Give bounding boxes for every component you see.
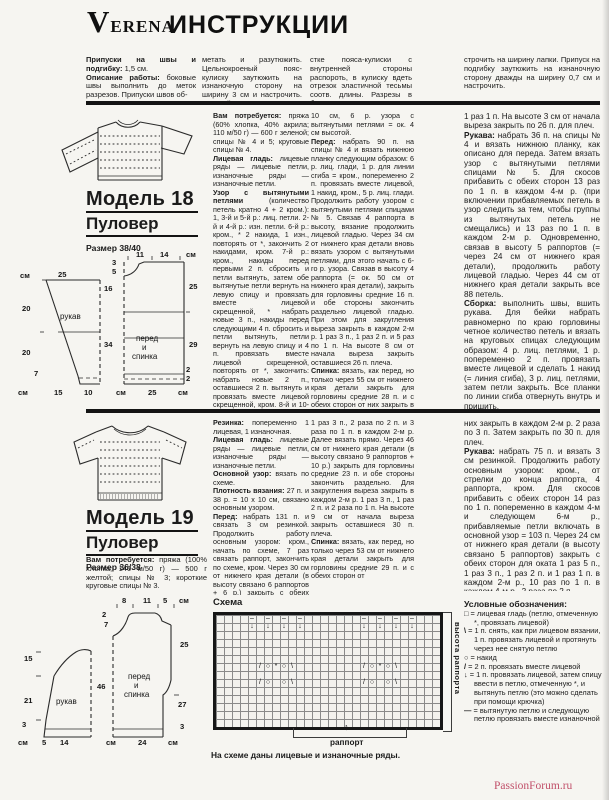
measurement-label: 25	[58, 270, 66, 279]
paragraph: Вам потребуется: пряжа (100% хлопка; 140…	[86, 556, 207, 591]
schema-caption: На схеме даны лицевые и изнаночные ряды.	[211, 750, 471, 760]
model18-schematic: см2520207см1510рукав1114см351634252922см…	[0, 250, 208, 402]
measurement-label: 25	[148, 388, 156, 397]
paragraph: 10 см, 6 р. узора с вытянутыми петлями =…	[311, 112, 414, 138]
model19-materials: Вам потребуется: пряжа (100% хлопка; 140…	[86, 556, 207, 598]
legend-symbol: ○	[464, 653, 468, 662]
measurement-label: см	[179, 596, 189, 605]
measurement-label: 46	[97, 682, 105, 691]
measurement-label: 2	[102, 610, 106, 619]
model18-text-col-3: 1 раз 1 п. На высоте 3 см от начала выре…	[464, 112, 600, 410]
model18-sketch	[50, 106, 208, 188]
measurement-label: спинка	[124, 690, 149, 699]
measurement-label: 34	[104, 340, 112, 349]
paragraph: Лицевая гладь: лицевые ряды — лицевые пе…	[213, 155, 309, 189]
chart-repeat-label: раппорт	[330, 738, 363, 747]
paragraph: Рукава: набрать 75 п. и вязать 3 см рези…	[464, 447, 600, 591]
measurement-label: рукав	[56, 697, 77, 706]
legend-item: — = вытянутую петлю и следующую петлю пр…	[464, 707, 602, 725]
measurement-label: 20	[22, 348, 30, 357]
chart-symbol: –	[392, 615, 400, 623]
legend-symbol: ↓	[464, 670, 468, 679]
measurement-label: 15	[24, 654, 32, 663]
measurement-label: 8	[122, 596, 126, 605]
measurement-label: 5	[42, 738, 46, 747]
chart-symbol: /	[256, 679, 264, 687]
measurement-label: 2	[186, 374, 190, 383]
model19-subtitle: Пуловер	[86, 534, 198, 552]
measurement-label: 3	[112, 258, 116, 267]
chart-symbol: /	[360, 679, 368, 687]
page-title: ИНСТРУКЦИИ	[169, 11, 349, 40]
paragraph: Описание работы: боковые швы выполнить д…	[86, 74, 196, 100]
chart-symbol: –	[296, 615, 304, 623]
paragraph: 1 раз 1 п. На высоте 3 см от начала выре…	[464, 112, 600, 131]
paragraph: стке пояса-кулиски с внутренней стороны …	[310, 56, 412, 102]
measurement-label: 3	[22, 720, 26, 729]
measurement-label: 25	[189, 282, 197, 291]
model19-text-col-2: 1 раз 3 п., 2 раза по 2 п. и 3 раза по 1…	[311, 419, 414, 599]
paragraph: Перед: набрать 131 п. и связать 3 см рез…	[213, 513, 309, 596]
measurement-label: и	[142, 343, 146, 352]
chart-height-label: высота раппорта	[453, 622, 462, 695]
chart-symbol: ↓	[296, 623, 304, 631]
paragraph: Плотность вязания: 27 п. и 38 р. = 10 x …	[213, 487, 309, 513]
paragraph: Резинка: попеременно 1 лицевая, 1 изнано…	[213, 419, 309, 436]
model19-title: Модель 19	[86, 508, 198, 528]
schema-title: Схема	[213, 597, 242, 608]
measurement-label: 5	[163, 596, 167, 605]
legend-item: \ = 1 п. снять, как при лицевом вязании,…	[464, 627, 602, 653]
chart-symbol: \	[288, 663, 296, 671]
legend: Условные обозначения: □ = лицевая гладь …	[464, 600, 602, 724]
chart-symbol: ○	[264, 679, 272, 687]
chart-repeat-arrow: ↑	[344, 722, 349, 732]
chart-symbol: /	[360, 663, 368, 671]
legend-title: Условные обозначения:	[464, 600, 602, 609]
chart-symbol: /	[256, 663, 264, 671]
measurement-label: и	[134, 681, 138, 690]
measurement-label: см	[186, 250, 196, 259]
model18-text-col-1: Вам потребуется: пряжа (60% хлопка, 40% …	[213, 112, 309, 410]
paragraph: Лицевая гладь: лицевые ряды — лицевые пе…	[213, 436, 309, 470]
legend-symbol: /	[464, 662, 466, 671]
chart-symbol: ○	[368, 679, 376, 687]
measurement-label: 25	[180, 640, 188, 649]
intro-column-2: метать и разутюжить. Цельнокроеный пояс-…	[202, 56, 302, 102]
paragraph: них закрыть в каждом 2-м р. 2 раза по 3 …	[464, 419, 600, 447]
measurement-label: 27	[178, 700, 186, 709]
paragraph: Сборка: выполнить швы, вшить рукава. Для…	[464, 299, 600, 410]
paragraph: метать и разутюжить. Цельнокроеный пояс-…	[202, 56, 302, 102]
intro-column-3: стке пояса-кулиски с внутренней стороны …	[310, 56, 412, 102]
paragraph: Основной узор: вязать по схеме.	[213, 470, 309, 487]
paragraph: Перед: набрать 90 п. на спицы № 4 и вяза…	[311, 138, 414, 368]
chart-symbol: \	[392, 679, 400, 687]
chart-symbol: –	[408, 615, 416, 623]
measurement-label: см	[116, 388, 126, 397]
chart-symbol: ↓	[392, 623, 400, 631]
chart-symbol: –	[360, 615, 368, 623]
chart-symbol: ○	[368, 663, 376, 671]
legend-item: □ = лицевая гладь (петлю, отмеченную *, …	[464, 610, 602, 628]
chart-symbol: ↓	[248, 623, 256, 631]
measurement-label: 16	[104, 284, 112, 293]
measurement-label: см	[178, 388, 188, 397]
chart-symbol: *	[272, 663, 280, 671]
magazine-page: VERENA ИНСТРУКЦИИ Припуски на швы и подг…	[0, 0, 609, 800]
measurement-label: 24	[138, 738, 146, 747]
model19-text-col-1: Резинка: попеременно 1 лицевая, 1 изнано…	[213, 419, 309, 595]
measurement-label: 20	[22, 304, 30, 313]
measurement-label: 11	[136, 250, 144, 259]
measurement-label: 11	[143, 596, 151, 605]
chart-symbol: ○	[384, 679, 392, 687]
divider-top	[86, 101, 600, 105]
measurement-label: 15	[54, 388, 62, 397]
divider-middle	[86, 409, 600, 413]
measurement-label: 14	[60, 738, 68, 747]
scan-edge-shadow	[602, 0, 609, 800]
measurement-label: 2	[186, 365, 190, 374]
measurement-label: см	[18, 738, 28, 747]
model19-schematic: 15213см514рукав8115см274625273см24смпере…	[0, 596, 208, 764]
chart-symbol: ○	[280, 663, 288, 671]
chart-symbol: ↓	[280, 623, 288, 631]
model18-subtitle: Пуловер	[86, 215, 198, 233]
measurement-label: 7	[104, 620, 108, 629]
measurement-label: 10	[84, 388, 92, 397]
chart-symbol: –	[264, 615, 272, 623]
measurement-label: 5	[112, 267, 116, 276]
measurement-label: 14	[160, 250, 168, 259]
legend-symbol: □	[464, 609, 468, 618]
measurement-label: см	[106, 738, 116, 747]
paragraph: 1 раз 3 п., 2 раза по 2 п. и 3 раза по 1…	[311, 419, 414, 538]
chart-symbol: ↓	[376, 623, 384, 631]
paragraph: Рукава: набрать 36 п. на спицы № 4 и вяз…	[464, 131, 600, 299]
heading-rule	[86, 235, 198, 237]
measurement-label: 21	[24, 696, 32, 705]
model18-heading: Модель 18 Пуловер Размер 38/40	[86, 189, 198, 253]
legend-symbol: —	[464, 706, 471, 715]
chart-symbol: –	[248, 615, 256, 623]
legend-list: □ = лицевая гладь (петлю, отмеченную *, …	[464, 610, 602, 724]
measurement-label: рукав	[60, 312, 81, 321]
legend-symbol: \	[464, 626, 466, 635]
paragraph: Припуски на швы и подгибку: 1,5 см.	[86, 56, 196, 74]
paragraph: Вам потребуется: пряжа (60% хлопка, 40% …	[213, 112, 309, 155]
paragraph: строчить на ширину лапки. Припуск на под…	[464, 56, 600, 91]
measurement-label: перед	[128, 672, 150, 681]
measurement-label: перед	[136, 334, 158, 343]
chart-symbol: \	[392, 663, 400, 671]
chart-symbol: –	[376, 615, 384, 623]
chart-symbol: ○	[280, 679, 288, 687]
brand-logo: VERENA	[87, 13, 175, 37]
chart-height-bracket	[443, 612, 452, 732]
chart-symbol: ↓	[264, 623, 272, 631]
legend-item: ↓ = 1 п. провязать лицевой, затем спицу …	[464, 671, 602, 706]
model19-sketch	[52, 416, 208, 508]
chart-symbol: *	[376, 663, 384, 671]
measurement-label: см	[168, 738, 178, 747]
chart-repeat-bracket	[293, 728, 407, 738]
heading-rule	[86, 211, 198, 213]
watermark: PassionForum.ru	[494, 780, 572, 792]
model19-text-col-3: них закрыть в каждом 2-м р. 2 раза по 3 …	[464, 419, 600, 591]
measurement-label: 3	[180, 722, 184, 731]
chart-symbol: ○	[384, 663, 392, 671]
knitting-chart: ––––––––↓↓↓↓↓↓↓↓/○*○\/○*○\/○○\/○○\	[213, 612, 443, 730]
chart-symbol: ↓	[408, 623, 416, 631]
paragraph: Спинка: вязать, как перед, но только чер…	[311, 538, 414, 581]
paragraph: Спинка: вязать, как перед, но только чер…	[311, 367, 414, 410]
model18-text-col-2: 10 см, 6 р. узора с вытянутыми петлями =…	[311, 112, 414, 410]
chart-symbol: –	[280, 615, 288, 623]
measurement-label: 29	[189, 340, 197, 349]
model18-title: Модель 18	[86, 189, 198, 209]
chart-symbol: \	[288, 679, 296, 687]
measurement-label: см	[20, 271, 30, 280]
paragraph: Узор с вытянутыми петлями (количество пе…	[213, 189, 309, 411]
intro-column-4: строчить на ширину лапки. Припуск на под…	[464, 56, 600, 102]
measurement-label: 7	[34, 369, 38, 378]
measurement-label: см	[18, 388, 28, 397]
heading-rule	[86, 530, 198, 532]
measurement-label: спинка	[132, 352, 157, 361]
chart-symbol: ↓	[360, 623, 368, 631]
intro-column-1: Припуски на швы и подгибку: 1,5 см.Описа…	[86, 56, 196, 102]
chart-symbol: ○	[264, 663, 272, 671]
